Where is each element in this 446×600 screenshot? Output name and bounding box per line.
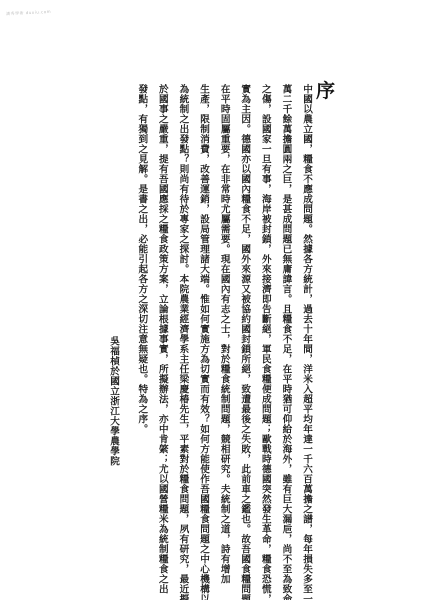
author-signature: 吳福楨於國立浙江大學農學院 (106, 336, 120, 456)
text-column: 實為主因。德國亦以國內糧食不足，國外來源又被協約國封鎖所絕，致遭最後之失敗，此前… (234, 84, 255, 529)
text-column: 萬二千餘萬擔圓兩之巨，是甚成問題已無庸諱言。且糧食不足，在平時猶可仰給於海外，雖… (275, 84, 296, 529)
text-column: 生產，限制消費，改善運銷，設局管理諸大端。惟如何實施方為切實而有效？如何方能使作… (192, 84, 213, 529)
preface-body: 中國以農立國，糧食不應成問題。然據各方統計，過去十年間，洋米入超平均年達一千六百… (128, 84, 316, 529)
text-column: 在平時固屬重要，在非常時尤屬需要。現在國內有志之士，對於糧食統制問題，競相研究。… (213, 84, 234, 529)
text-column: 中國以農立國，糧食不應成問題。然據各方統計，過去十年間，洋米入超平均年達一千六百… (295, 84, 316, 529)
text-column: 之傷，設國家一旦有事，海岸被封鎖，外來接濟即告斷絕，軍民食糧便成問題；歐戰時德國… (254, 84, 275, 529)
page-title: 序 (316, 82, 335, 101)
text-column: 發點，有獨到之見解。是書之出，必能引起各方之深切注意無疑也。特為之序。 (131, 84, 152, 529)
text-column: 為統制之出發點？則尚有待於專家之探討。本院農業經濟學系主任梁慶椿先生，平素對於糧… (172, 84, 193, 529)
text-column: 於國事之嚴重，提有吾國應採之糧食政策方案，立論根據事實，所擬辦法，亦中肯綮；尤以… (151, 84, 172, 529)
watermark: 讀秀學術 duxiu.com (6, 9, 51, 17)
